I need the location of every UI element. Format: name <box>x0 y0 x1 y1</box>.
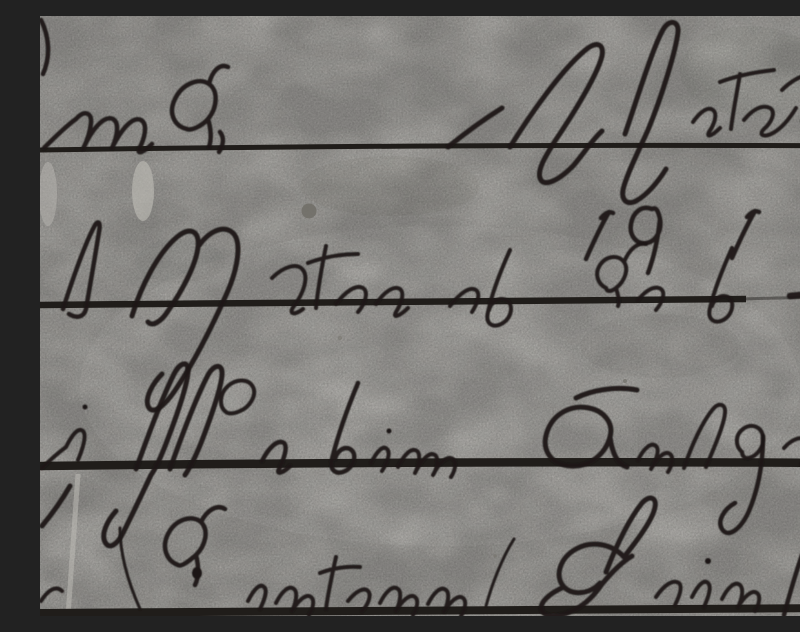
i-dot-2 <box>387 429 392 434</box>
ruled-line-4 <box>40 608 800 613</box>
stain-dot <box>302 204 317 219</box>
paper-grain <box>40 16 800 616</box>
speck-1 <box>623 379 627 383</box>
i-dot-1 <box>83 405 88 410</box>
speck-3 <box>493 554 497 558</box>
i-dot-3 <box>705 558 711 564</box>
smudge-mark <box>132 161 154 221</box>
document-scan: Scanned fragment of a handwritten record… <box>40 16 800 616</box>
scan-canvas <box>40 16 800 616</box>
paper-background <box>40 16 800 616</box>
ink-blot <box>192 567 202 579</box>
stroke-end-dash <box>790 294 800 296</box>
speck-2 <box>338 336 342 340</box>
